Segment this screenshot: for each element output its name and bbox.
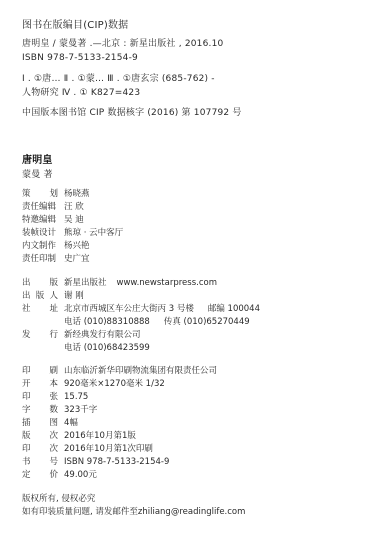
address: 北京市西城区车公庄大街丙 3 号楼 (64, 304, 194, 315)
spec-value: 323千字 (64, 405, 97, 416)
credit-value: 熊琼 · 云中客厅 (64, 228, 123, 239)
book-author: 蒙曼 著 (22, 169, 53, 181)
copyright-notice: 版权所有, 侵权必究 (22, 494, 95, 505)
spec-row-sheets: 印张15.75 (22, 392, 88, 403)
credit-label: 内文制作 (22, 241, 64, 252)
credit-row-printing-supervisor: 责任印制史广宜 (22, 254, 90, 265)
spec-value: 49.00元 (64, 470, 97, 481)
cip-isbn: ISBN 978-7-5133-2154-9 (22, 52, 138, 64)
credit-label: 责任编辑 (22, 202, 64, 213)
spec-row-edition: 版次2016年10月第1版 (22, 431, 136, 442)
spec-row-format: 开本920毫米×1270毫米 1/32 (22, 379, 165, 390)
credit-label: 责任印制 (22, 254, 64, 265)
spec-value: 2016年10月第1版 (64, 431, 136, 442)
phone-fax-row: 电话 (010)88310888传真 (010)65270449 (22, 317, 250, 328)
spec-value: 4幅 (64, 418, 78, 429)
postcode: 邮编 100044 (208, 304, 260, 315)
address-row: 社址北京市西城区车公庄大街丙 3 号楼邮编 100044 (22, 304, 260, 315)
distributor-label: 发行 (22, 330, 58, 341)
publisher-person-label: 出版人 (22, 291, 58, 302)
credit-row-design: 装帧设计熊琼 · 云中客厅 (22, 228, 123, 239)
credit-row-editor: 责任编辑汪 欣 (22, 202, 84, 213)
spec-row-word-count: 字数323千字 (22, 405, 97, 416)
credit-value: 汪 欣 (64, 202, 84, 213)
credit-value: 吴 迪 (64, 215, 84, 226)
publisher-person-row: 出版人谢 刚 (22, 291, 84, 302)
spec-row-isbn: 书号ISBN 978-7-5133-2154-9 (22, 457, 169, 468)
distributor-phone-row: 电话 (010)68423599 (22, 343, 150, 354)
credit-value: 杨兴艳 (64, 241, 90, 252)
spec-row-printer: 印刷山东临沂新华印刷物流集团有限责任公司 (22, 366, 217, 377)
cip-catalog-line: 唐明皇 / 蒙曼著 .—北京 : 新星出版社 , 2016.10 (22, 38, 223, 50)
publisher-website: www.newstarpress.com (117, 278, 217, 289)
cip-subject-line-1: Ⅰ . ①唐… Ⅱ . ①蒙… Ⅲ . ①唐玄宗 (685-762) - (22, 73, 215, 85)
book-title: 唐明皇 (22, 155, 53, 167)
credit-row-planner: 策划杨晓燕 (22, 189, 90, 200)
credit-value: 杨晓燕 (64, 189, 90, 200)
fax: 传真 (010)65270449 (164, 317, 250, 328)
distributor: 新经典发行有限公司 (64, 330, 141, 341)
spec-row-printing: 印次2016年10月第1次印刷 (22, 444, 153, 455)
publisher-person: 谢 刚 (64, 291, 84, 302)
publisher-row: 出版新星出版社www.newstarpress.com (22, 278, 217, 289)
spec-value: 山东临沂新华印刷物流集团有限责任公司 (64, 366, 217, 377)
credit-row-layout: 内文制作杨兴艳 (22, 241, 90, 252)
spec-value: 920毫米×1270毫米 1/32 (64, 379, 165, 390)
spec-value: 15.75 (64, 392, 88, 403)
credit-label: 策划 (22, 189, 58, 200)
credit-label: 装帧设计 (22, 228, 64, 239)
publisher-name: 新星出版社 (64, 278, 107, 289)
publisher-label: 出版 (22, 278, 58, 289)
credit-row-guest-editor: 特邀编辑吴 迪 (22, 215, 84, 226)
copyright-page: 图书在版编目(CIP)数据 唐明皇 / 蒙曼著 .—北京 : 新星出版社 , 2… (0, 0, 375, 549)
address-label: 社址 (22, 304, 58, 315)
credit-value: 史广宜 (64, 254, 90, 265)
spec-row-illustrations: 插图4幅 (22, 418, 78, 429)
cip-subject-line-2: 人物研究 Ⅳ . ① K827=423 (22, 87, 140, 99)
cip-heading: 图书在版编目(CIP)数据 (22, 20, 128, 32)
spec-row-price: 定价49.00元 (22, 470, 97, 481)
quality-notice: 如有印装质量问题, 请发邮件至zhiliang@readinglife.com (22, 507, 245, 518)
spec-value: 2016年10月第1次印刷 (64, 444, 153, 455)
phone: 电话 (010)88310888 (64, 317, 150, 328)
spec-value: ISBN 978-7-5133-2154-9 (64, 457, 169, 468)
distributor-row: 发行新经典发行有限公司 (22, 330, 141, 341)
credit-label: 特邀编辑 (22, 215, 64, 226)
distributor-phone: 电话 (010)68423599 (64, 343, 150, 354)
cip-library-record: 中国版本图书馆 CIP 数据核字 (2016) 第 107792 号 (22, 107, 242, 119)
